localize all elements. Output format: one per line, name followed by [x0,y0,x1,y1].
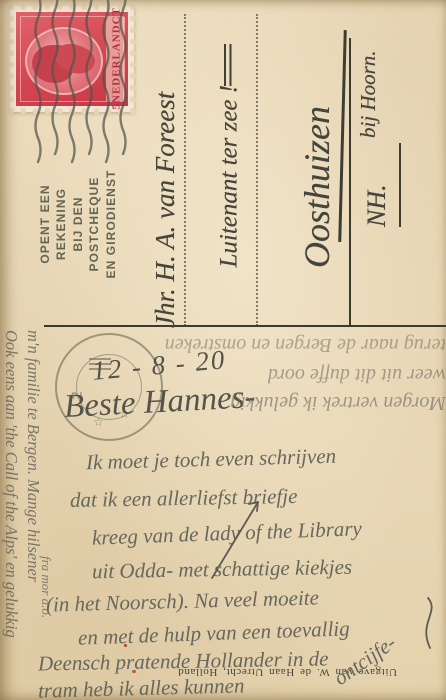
edge-note-line-3: fra mor a.o. [36,556,56,698]
inverted-note-line: weer uit dit duffe oord [250,363,446,386]
ink-speck [124,644,127,647]
postcard-back: 5 NEDERLAND CT OPENT EEN REKENING BIJ DE… [0,0,446,700]
inverted-note-line: terug naar de Bergen en omstreken [70,333,446,356]
ink-speck [132,670,136,673]
inverted-note-line: Morgen vertrek ik gelukkig [232,391,446,414]
